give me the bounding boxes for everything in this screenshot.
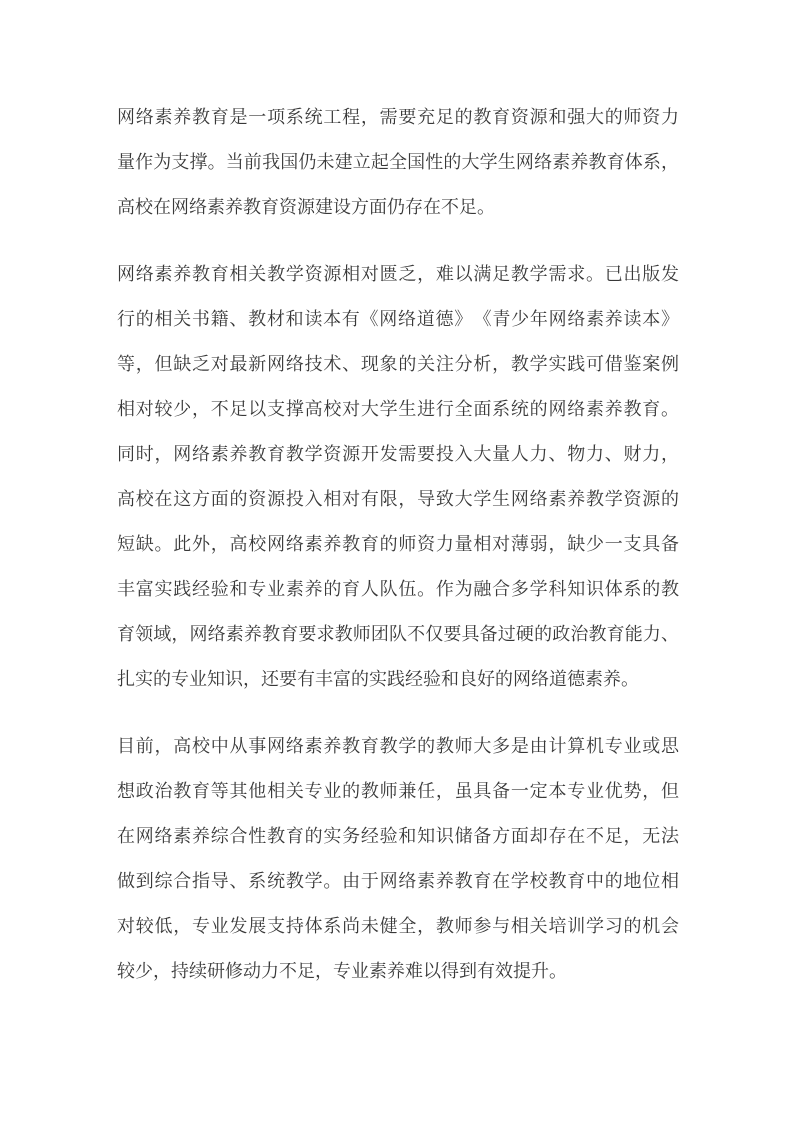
document-page: 网络素养教育是一项系统工程，需要充足的教育资源和强大的师资力 量作为支撑。当前我…: [0, 0, 793, 1122]
text-line: 相对较少，不足以支撑高校对大学生进行全面系统的网络素养教育。: [117, 387, 679, 432]
text-line: 网络素养教育相关教学资源相对匮乏，难以满足教学需求。已出版发: [117, 252, 679, 297]
text-line: 高校在网络素养教育资源建设方面仍存在不足。: [117, 185, 679, 230]
paragraph: 网络素养教育是一项系统工程，需要充足的教育资源和强大的师资力 量作为支撑。当前我…: [117, 95, 679, 230]
text-line: 在网络素养综合性教育的实务经验和知识储备方面却存在不足，无法: [117, 814, 679, 859]
paragraph: 目前，高校中从事网络素养教育教学的教师大多是由计算机专业或思 想政治教育等其他相…: [117, 724, 679, 994]
document-body: 网络素养教育是一项系统工程，需要充足的教育资源和强大的师资力 量作为支撑。当前我…: [117, 95, 679, 1016]
text-line: 行的相关书籍、教材和读本有《网络道德》 《青少年网络素养读本》: [117, 297, 679, 342]
text-line: 扎实的专业知识，还要有丰富的实践经验和良好的网络道德素养。: [117, 657, 679, 702]
paragraph: 网络素养教育相关教学资源相对匮乏，难以满足教学需求。已出版发 行的相关书籍、教材…: [117, 252, 679, 702]
text-line: 高校在这方面的资源投入相对有限，导致大学生网络素养教学资源的: [117, 477, 679, 522]
text-line: 量作为支撑。当前我国仍未建立起全国性的大学生网络素养教育体系，: [117, 140, 679, 185]
text-line: 目前，高校中从事网络素养教育教学的教师大多是由计算机专业或思: [117, 724, 679, 769]
text-line: 同时，网络素养教育教学资源开发需要投入大量人力、物力、财力，: [117, 432, 679, 477]
text-line: 做到综合指导、系统教学。由于网络素养教育在学校教育中的地位相: [117, 859, 679, 904]
text-line: 网络素养教育是一项系统工程，需要充足的教育资源和强大的师资力: [117, 95, 679, 140]
text-line: 等，但缺乏对最新网络技术、现象的关注分析，教学实践可借鉴案例: [117, 342, 679, 387]
text-line: 较少，持续研修动力不足，专业素养难以得到有效提升。: [117, 949, 679, 994]
text-line: 育领域，网络素养教育要求教师团队不仅要具备过硬的政治教育能力、: [117, 612, 679, 657]
text-line: 想政治教育等其他相关专业的教师兼任，虽具备一定本专业优势，但: [117, 769, 679, 814]
text-line: 对较低，专业发展支持体系尚未健全，教师参与相关培训学习的机会: [117, 904, 679, 949]
text-line: 短缺。此外，高校网络素养教育的师资力量相对薄弱，缺少一支具备: [117, 522, 679, 567]
text-line: 丰富实践经验和专业素养的育人队伍。作为融合多学科知识体系的教: [117, 567, 679, 612]
